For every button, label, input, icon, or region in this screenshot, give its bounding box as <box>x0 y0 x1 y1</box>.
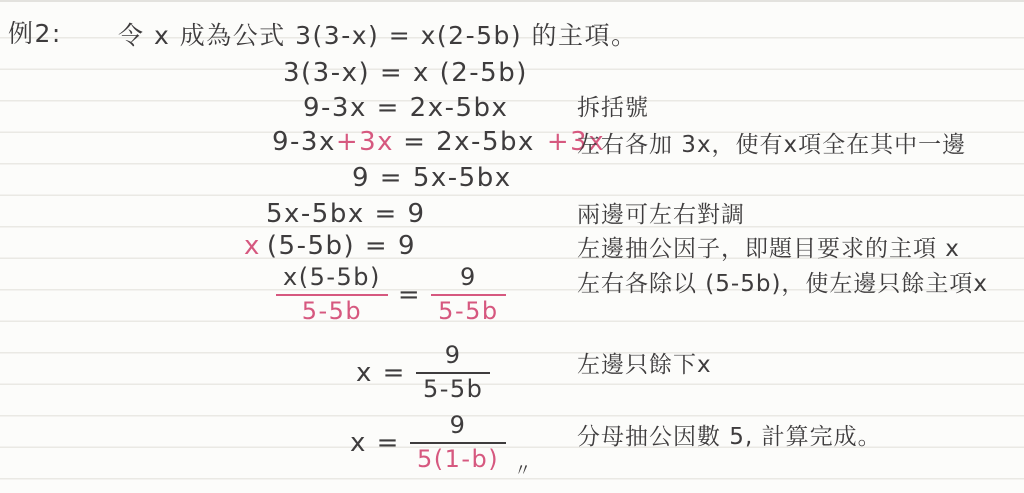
equation-divide-both-sides: x(5-5b) 5-5b = 9 5-5b <box>276 264 506 325</box>
fraction-bar <box>416 372 490 374</box>
fraction-denominator: 5-5b <box>431 298 505 326</box>
note-add-3x: 左右各加 3x，使有x項全在其中一邊 <box>577 126 966 159</box>
note-expand-brackets: 拆括號 <box>577 89 649 122</box>
fraction-numerator: 9 <box>443 412 474 440</box>
factored-x-pink: x <box>244 231 261 261</box>
fraction-denominator-pink: 5(1-b) <box>410 446 506 474</box>
note-x-remains: 左邊只餘下x <box>577 346 712 379</box>
fraction-bar <box>410 442 506 444</box>
fraction: 9 5(1-b) <box>410 412 506 473</box>
fraction-left: x(5-5b) 5-5b <box>276 264 388 325</box>
fraction-numerator: x(5-5b) <box>276 264 388 292</box>
notebook-page: 例2: 令 x 成為公式 3(3-x) = x(2-5b) 的主項。 3(3-x… <box>0 0 1024 493</box>
equation-expanded: 9-3x = 2x-5bx <box>303 93 508 123</box>
fraction-denominator: 5-5b <box>295 298 369 326</box>
fraction-right: 9 5-5b <box>431 264 505 325</box>
equation-original: 3(3-x) = x (2-5b) <box>283 58 528 88</box>
note-divide-both-sides: 左右各除以 (5-5b)，使左邊只餘主項x <box>577 265 988 298</box>
equation-lhs: x = <box>350 428 400 458</box>
equation-final: x = 9 5(1-b) 〃 <box>350 412 533 473</box>
equation-part: (5-5b) = 9 <box>267 231 416 261</box>
fraction-bar <box>431 294 505 296</box>
fraction-denominator: 5-5b <box>416 376 490 404</box>
equation-lhs: x = <box>356 358 406 388</box>
note-swap-sides: 兩邊可左右對調 <box>577 196 745 229</box>
problem-statement: 令 x 成為公式 3(3-x) = x(2-5b) 的主項。 <box>118 16 638 52</box>
equation-x-isolated: x = 9 5-5b <box>356 342 490 403</box>
fraction-numerator: 9 <box>453 264 484 292</box>
fraction-numerator: 9 <box>438 342 469 370</box>
fraction-bar <box>276 294 388 296</box>
equation-swapped: 5x-5bx = 9 <box>266 199 426 229</box>
equation-part-added-pink: +3x <box>336 127 394 157</box>
end-of-solution-mark: 〃 <box>514 456 531 481</box>
equation-factored: x(5-5b) = 9 <box>244 231 416 261</box>
equation-add-3x: 9-3x+3x= 2x-5bx+3x <box>272 127 605 157</box>
equation-part: = 2x-5bx <box>403 127 535 157</box>
note-factor-out-x: 左邊抽公因子，即題目要求的主項 x <box>577 230 960 263</box>
equation-part: 9-3x <box>272 127 336 157</box>
fraction: 9 5-5b <box>416 342 490 403</box>
example-label: 例2: <box>8 14 62 50</box>
equals-sign: = <box>398 280 421 310</box>
note-final: 分母抽公因數 5, 計算完成。 <box>577 418 882 451</box>
equation-combined: 9 = 5x-5bx <box>352 163 512 193</box>
